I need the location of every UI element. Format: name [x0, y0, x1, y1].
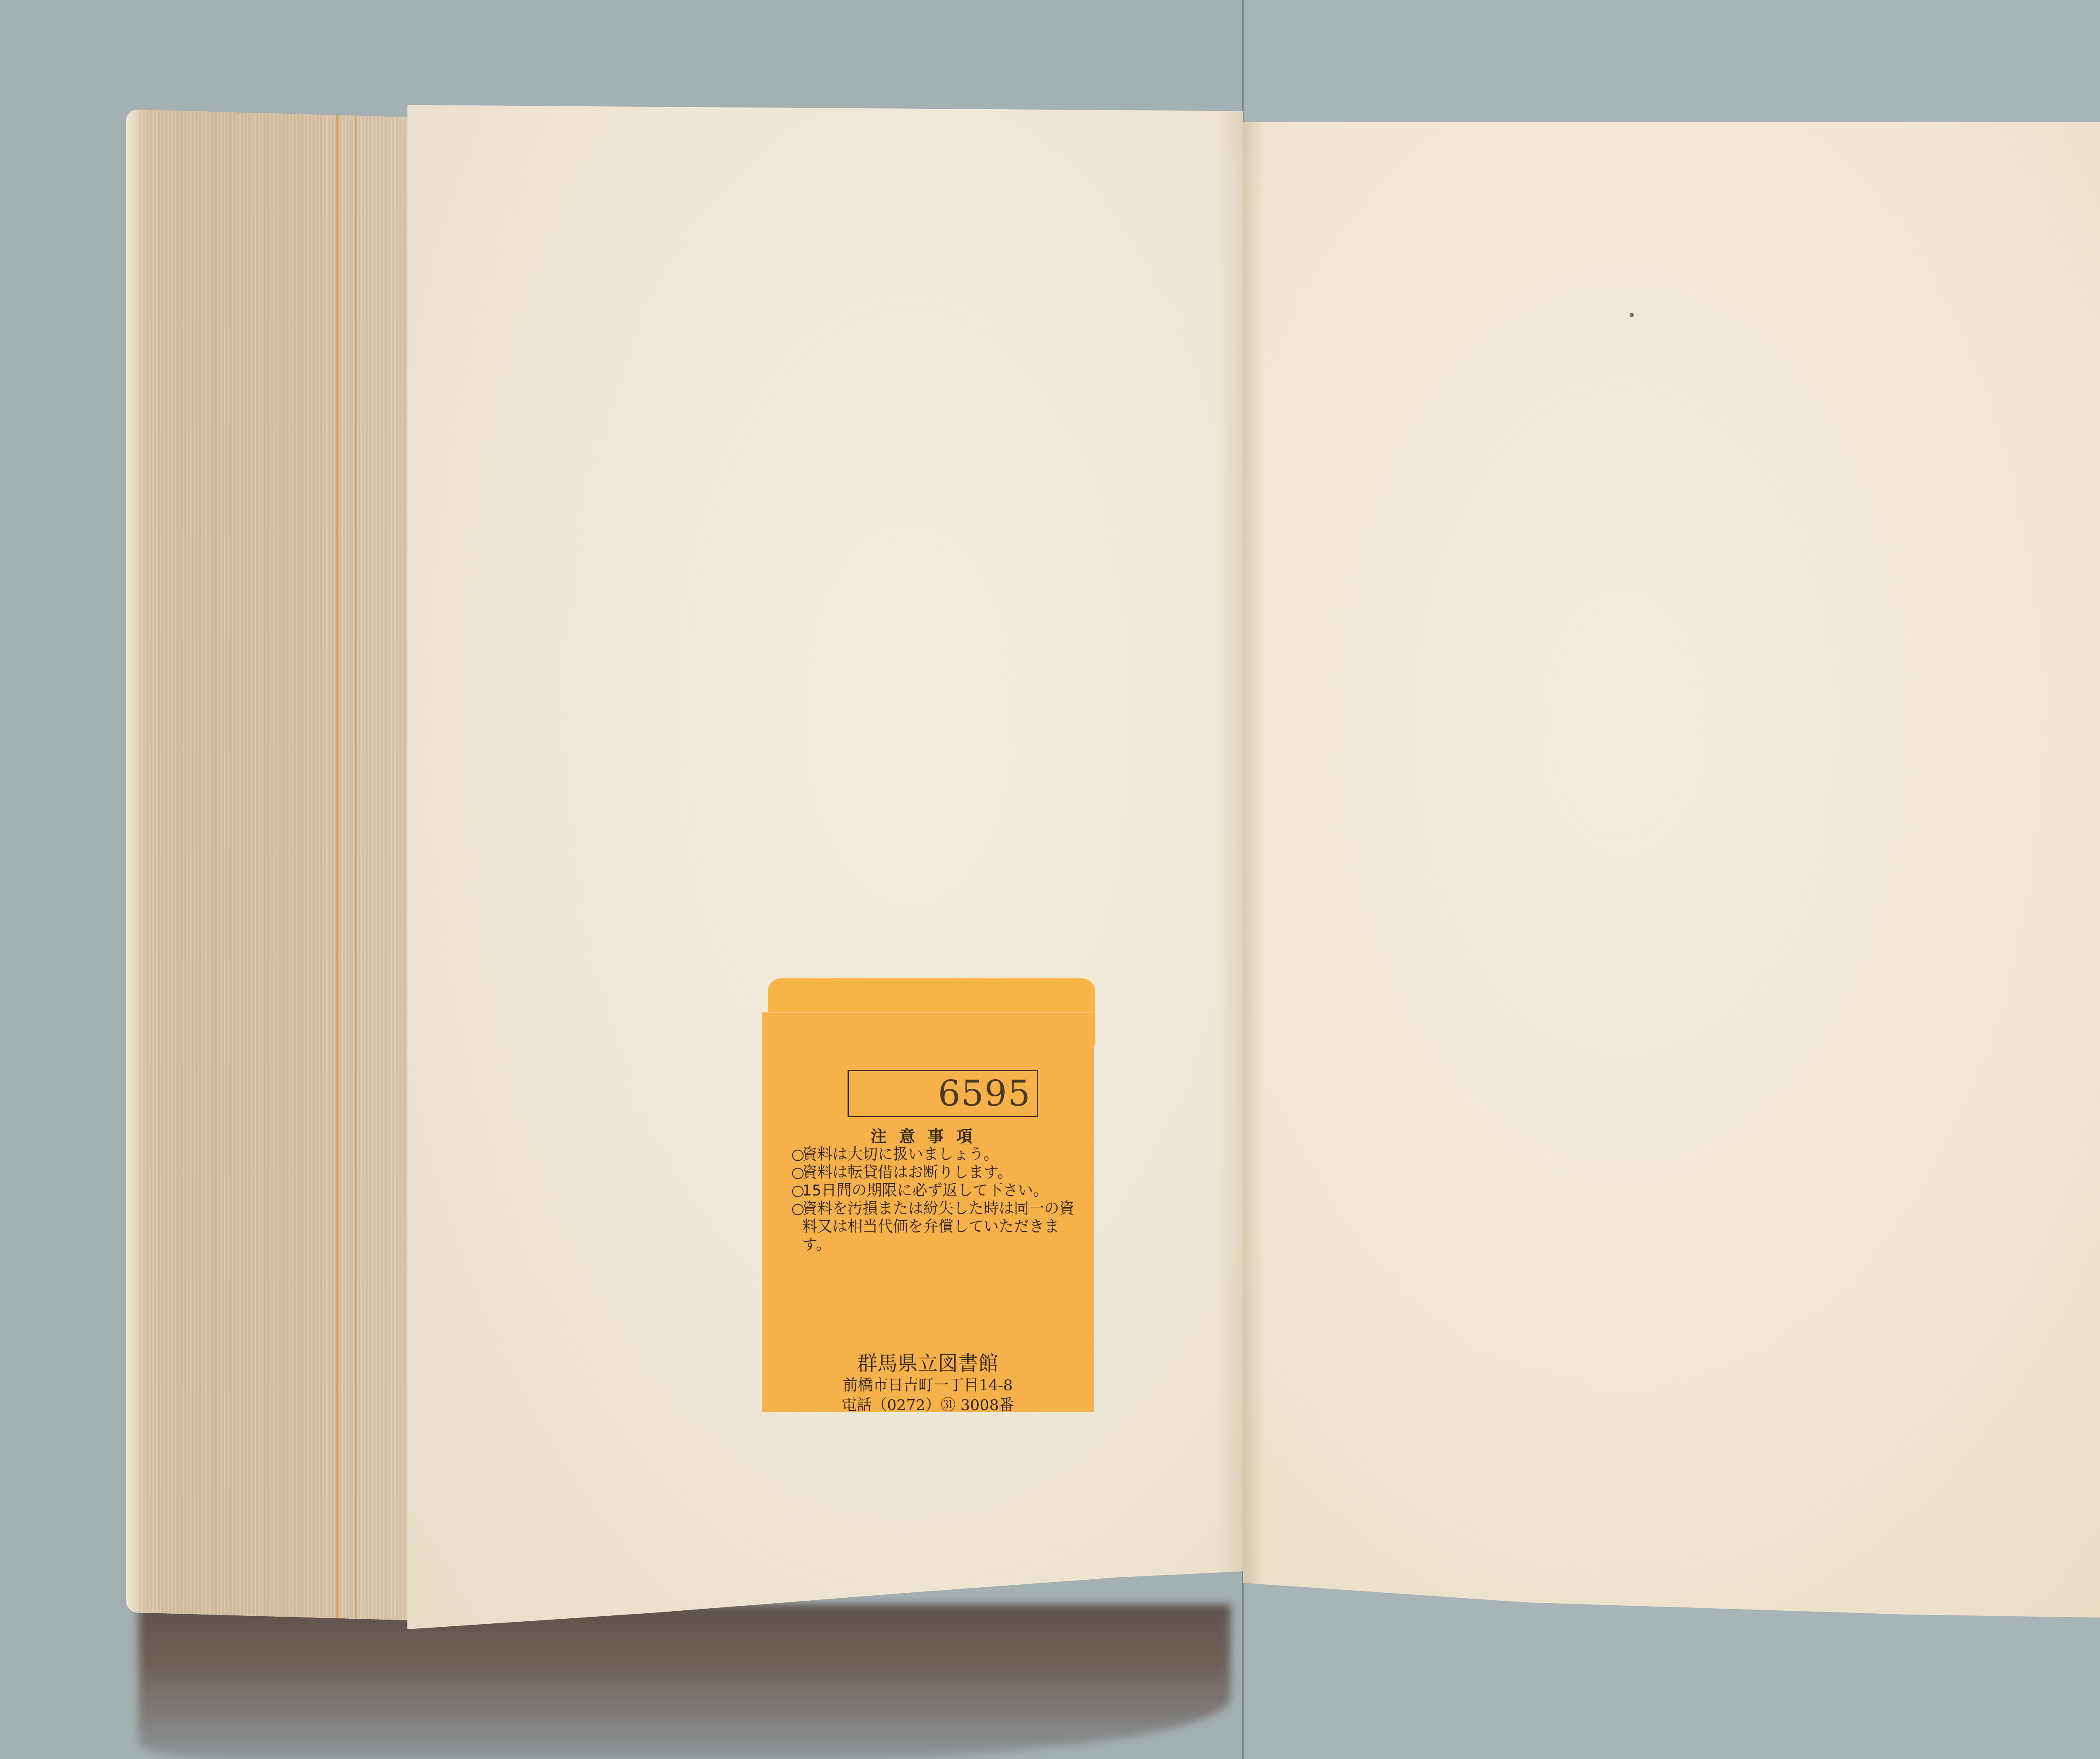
library-phone: 電話（0272）㉛ 3008番: [762, 1393, 1094, 1415]
fore-edge-band: [355, 115, 357, 1619]
library-name: 群馬県立図書館: [762, 1347, 1094, 1376]
bullet-circle-icon: ○: [791, 1164, 802, 1182]
notice-item: ○ 資料は大切に扱いましょう。: [791, 1146, 1077, 1164]
book-shadow: [139, 1604, 1231, 1759]
library-address: 前橋市日吉町一丁目14-8: [762, 1374, 1094, 1395]
right-page: [1243, 122, 2100, 1625]
fore-edge-lip: [126, 109, 138, 1613]
paper-speck: [1630, 313, 1634, 317]
notice-item: ○ 資料を汚損または紛失した時は同一の資料又は相当代価を弁償していただきます。: [791, 1200, 1077, 1254]
fore-edge-band: [336, 115, 339, 1618]
call-number: 6595: [938, 1073, 1031, 1114]
call-number-box: 6595: [848, 1070, 1038, 1117]
notice-list: ○ 資料は大切に扱いましょう。 ○ 資料は転貸借はお断りします。 ○ 15日間の…: [791, 1146, 1077, 1254]
pocket-sleeve: 6595 注意事項 ○ 資料は大切に扱いましょう。 ○ 資料は転貸借はお断りしま…: [762, 1012, 1094, 1412]
left-page-gutter: [1218, 105, 1243, 1629]
notice-item: ○ 15日間の期限に必ず返して下さい。: [791, 1182, 1077, 1200]
library-card-pocket: 6595 注意事項 ○ 資料は大切に扱いましょう。 ○ 資料は転貸借はお断りしま…: [762, 978, 1089, 1411]
right-page-gutter: [1243, 122, 1264, 1625]
book-fore-edge: [126, 109, 412, 1620]
bullet-circle-icon: ○: [791, 1146, 802, 1164]
bullet-circle-icon: ○: [791, 1182, 802, 1200]
bullet-circle-icon: ○: [791, 1200, 802, 1254]
notice-item: ○ 資料は転貸借はお断りします。: [791, 1164, 1077, 1182]
notice-heading: 注意事項: [762, 1123, 1094, 1146]
